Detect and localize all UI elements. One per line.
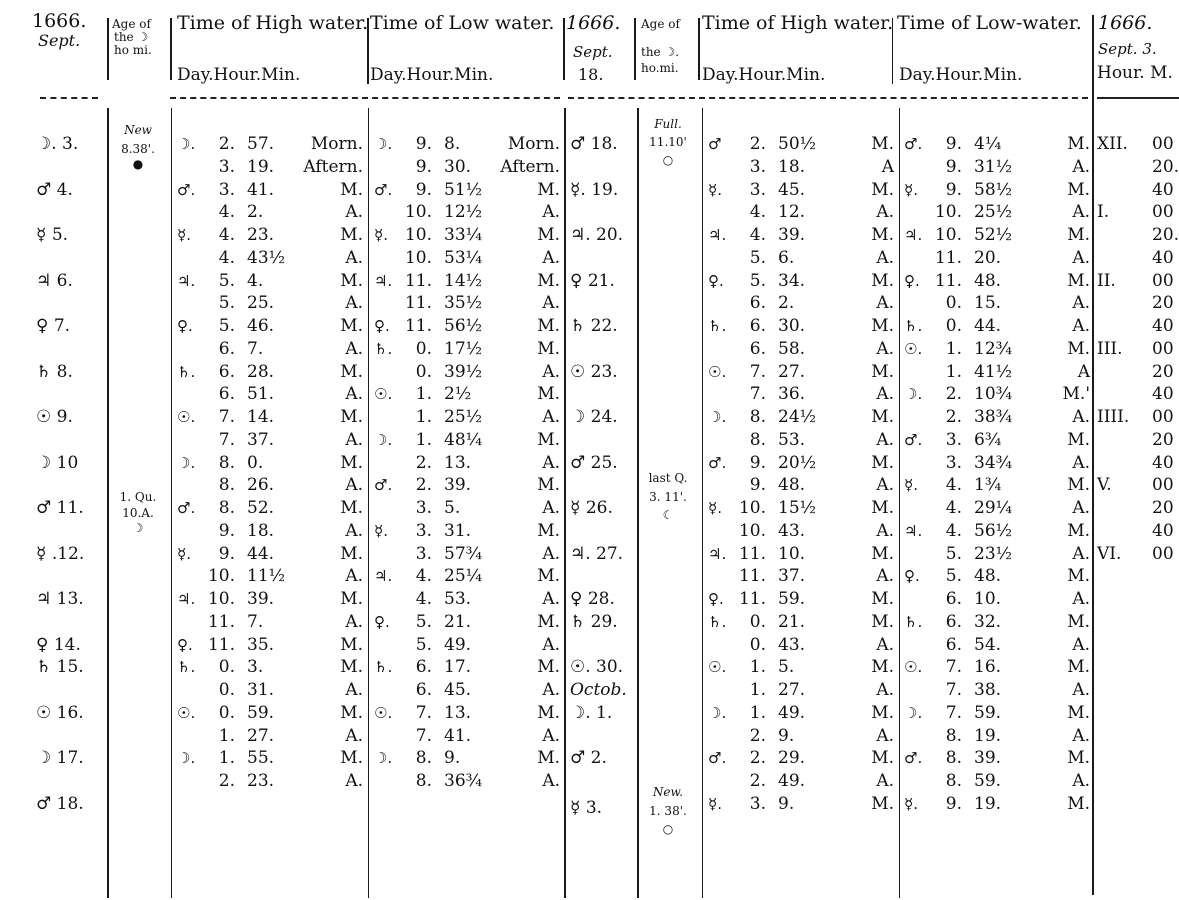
left-high-water-minute: 55. bbox=[247, 747, 274, 769]
right-low-water-weekday-symbol: ♀. bbox=[904, 565, 920, 587]
right-high-water-hour: 2. bbox=[734, 747, 766, 769]
right-high-water-weekday-symbol: ♄. bbox=[708, 611, 726, 633]
left-high-water-am-pm: A. bbox=[283, 611, 363, 633]
left-high-water-hour: 7. bbox=[203, 429, 235, 451]
far-right-minute: 20. bbox=[1152, 224, 1179, 246]
right-high-water-minute: 45. bbox=[778, 179, 805, 201]
left-date-label: ☉ 9. bbox=[36, 406, 73, 428]
left-low-water-am-pm: A. bbox=[480, 406, 560, 428]
left-low-water-am-pm: Morn. bbox=[480, 133, 560, 155]
left-high-water-hour: 2. bbox=[203, 133, 235, 155]
right-high-water-hour: 0. bbox=[734, 611, 766, 633]
divider-7b bbox=[899, 108, 900, 898]
left-low-water-hour: 3. bbox=[400, 497, 432, 519]
right-low-water-hour: 9. bbox=[930, 156, 962, 178]
far-right-minute: 40 bbox=[1152, 247, 1174, 269]
right-high-water-weekday-symbol: ☉. bbox=[708, 361, 726, 383]
right-low-water-hour: 3. bbox=[930, 452, 962, 474]
left-low-water-minute: 13. bbox=[444, 702, 471, 724]
right-high-water-minute: 34. bbox=[778, 270, 805, 292]
left-high-water-weekday-symbol: ♀. bbox=[177, 634, 193, 656]
right-low-water-am-pm: M. bbox=[1010, 338, 1090, 360]
right-high-water-am-pm: M. bbox=[814, 224, 894, 246]
left-low-water-minute: 13. bbox=[444, 452, 471, 474]
right-date-label: ♂ 2. bbox=[570, 747, 630, 769]
right-low-water-hour: 0. bbox=[930, 292, 962, 314]
left-low-water-weekday-symbol: ☉. bbox=[374, 383, 392, 405]
left-low-water-am-pm: A. bbox=[480, 679, 560, 701]
left-low-water-minute: 17½ bbox=[444, 338, 482, 360]
right-low-water-hour: 7. bbox=[930, 679, 962, 701]
far-right-minute: 20 bbox=[1152, 361, 1174, 383]
left-high-water-am-pm: A. bbox=[283, 474, 363, 496]
left-date-label: ☉ 16. bbox=[36, 702, 84, 724]
right-low-water-am-pm: A. bbox=[1010, 588, 1090, 610]
left-high-water-hour: 8. bbox=[203, 497, 235, 519]
right-low-water-hour: 9. bbox=[930, 179, 962, 201]
left-high-water-am-pm: A. bbox=[283, 338, 363, 360]
left-high-water-minute: 27. bbox=[247, 725, 274, 747]
right-low-water-minute: 34¾ bbox=[974, 452, 1012, 474]
far-right-minute: 00 bbox=[1152, 133, 1174, 155]
left-low-water-minute: 56½ bbox=[444, 315, 482, 337]
right-high-water-hour: 9. bbox=[734, 474, 766, 496]
far-right-minute: 00 bbox=[1152, 201, 1174, 223]
far-right-minute: 20 bbox=[1152, 292, 1174, 314]
right-low-water-hour: 3. bbox=[930, 429, 962, 451]
right-high-water-sub: Day.Hour.Min. bbox=[702, 64, 825, 86]
right-low-water-hour: 8. bbox=[930, 747, 962, 769]
right-high-water-weekday-symbol: ♃. bbox=[708, 543, 726, 565]
right-low-water-am-pm: M. bbox=[1010, 656, 1090, 678]
left-low-water-am-pm: A. bbox=[480, 452, 560, 474]
right-low-water-am-pm: A. bbox=[1010, 315, 1090, 337]
right-low-water-am-pm: M. bbox=[1010, 270, 1090, 292]
right-low-water-weekday-symbol: ☿. bbox=[904, 793, 918, 815]
divider-5 bbox=[634, 18, 636, 80]
right-high-water-am-pm: M. bbox=[814, 588, 894, 610]
right-low-water-am-pm: A. bbox=[1010, 156, 1090, 178]
right-high-water-minute: 50½ bbox=[778, 133, 816, 155]
left-high-water-minute: 57. bbox=[247, 133, 274, 155]
left-high-water-minute: 23. bbox=[247, 224, 274, 246]
right-low-water-sub: Day.Hour.Min. bbox=[899, 64, 1022, 86]
left-high-water-am-pm: M. bbox=[283, 747, 363, 769]
left-high-water-minute: 23. bbox=[247, 770, 274, 792]
right-low-water-am-pm: M. bbox=[1010, 474, 1090, 496]
left-high-water-hour: 10. bbox=[203, 588, 235, 610]
right-high-water-minute: 58. bbox=[778, 338, 805, 360]
left-date-label: ♃ 6. bbox=[36, 270, 73, 292]
right-low-water-minute: 59. bbox=[974, 770, 1001, 792]
left-high-water-am-pm: A. bbox=[283, 679, 363, 701]
right-low-water-hour: 6. bbox=[930, 588, 962, 610]
right-low-water-minute: 32. bbox=[974, 611, 1001, 633]
divider-1b bbox=[107, 108, 109, 898]
far-right-minute: 00 bbox=[1152, 474, 1174, 496]
right-low-water-am-pm: M. bbox=[1010, 793, 1090, 815]
left-high-water-minute: 39. bbox=[247, 588, 274, 610]
right-high-water-hour: 6. bbox=[734, 315, 766, 337]
right-low-water-weekday-symbol: ☿. bbox=[904, 474, 918, 496]
divider-2 bbox=[170, 18, 172, 80]
right-high-water-am-pm: M. bbox=[814, 270, 894, 292]
far-right-minute: 20. bbox=[1152, 156, 1179, 178]
left-low-water-hour: 7. bbox=[400, 725, 432, 747]
far-right-date-header: Sept. 3. bbox=[1098, 40, 1157, 58]
right-high-water-hour: 5. bbox=[734, 270, 766, 292]
right-low-water-hour: 8. bbox=[930, 725, 962, 747]
right-high-water-minute: 18. bbox=[778, 156, 805, 178]
left-high-water-hour: 0. bbox=[203, 679, 235, 701]
right-low-water-hour: 1. bbox=[930, 361, 962, 383]
left-high-water-hour: 6. bbox=[203, 383, 235, 405]
right-moon-age: Full. bbox=[640, 117, 696, 131]
left-low-water-am-pm: M. bbox=[480, 383, 560, 405]
left-high-water-hour: 4. bbox=[203, 201, 235, 223]
right-low-water-hour: 4. bbox=[930, 520, 962, 542]
left-low-water-minute: 36¾ bbox=[444, 770, 482, 792]
left-high-water-am-pm: M. bbox=[283, 634, 363, 656]
right-low-water-weekday-symbol: ♂. bbox=[904, 429, 922, 451]
right-high-water-hour: 4. bbox=[734, 201, 766, 223]
left-high-water-am-pm: M. bbox=[283, 702, 363, 724]
left-low-water-am-pm: M. bbox=[480, 702, 560, 724]
right-low-water-weekday-symbol: ♂. bbox=[904, 133, 922, 155]
left-low-water-hour: 6. bbox=[400, 656, 432, 678]
far-right-sub-header: Hour. M. bbox=[1097, 62, 1173, 84]
right-low-water-minute: 59. bbox=[974, 702, 1001, 724]
left-low-water-minute: 8. bbox=[444, 133, 460, 155]
right-low-water-am-pm: A. bbox=[1010, 679, 1090, 701]
right-low-water-hour: 4. bbox=[930, 497, 962, 519]
left-low-water-weekday-symbol: ♂. bbox=[374, 474, 392, 496]
left-low-water-weekday-symbol: ☽. bbox=[374, 747, 392, 769]
left-low-water-am-pm: M. bbox=[480, 474, 560, 496]
right-date-label: ☉ 23. bbox=[570, 361, 630, 383]
left-low-water-hour: 4. bbox=[400, 588, 432, 610]
right-low-water-minute: 48. bbox=[974, 270, 1001, 292]
right-high-water-hour: 3. bbox=[734, 793, 766, 815]
left-month-header: Sept. bbox=[38, 30, 80, 52]
left-high-water-am-pm: M. bbox=[283, 497, 363, 519]
right-moon-age: 3. 11'. bbox=[640, 490, 696, 504]
right-moon-age: 11.10' bbox=[640, 135, 696, 149]
left-low-water-minute: 53¼ bbox=[444, 247, 482, 269]
right-high-water-minute: 49. bbox=[778, 702, 805, 724]
left-low-water-minute: 25½ bbox=[444, 406, 482, 428]
right-age-header-3: ho.mi. bbox=[641, 62, 679, 75]
left-high-water-am-pm: A. bbox=[283, 725, 363, 747]
left-high-water-am-pm: M. bbox=[283, 179, 363, 201]
right-low-water-minute: 58½ bbox=[974, 179, 1012, 201]
right-low-water-minute: 52½ bbox=[974, 224, 1012, 246]
right-high-water-hour: 7. bbox=[734, 361, 766, 383]
right-low-water-weekday-symbol: ☉. bbox=[904, 656, 922, 678]
right-low-water-minute: 41½ bbox=[974, 361, 1012, 383]
right-high-water-minute: 43. bbox=[778, 520, 805, 542]
right-high-water-hour: 5. bbox=[734, 247, 766, 269]
right-low-water-am-pm: A. bbox=[1010, 452, 1090, 474]
right-high-water-minute: 6. bbox=[778, 247, 794, 269]
left-high-water-minute: 51. bbox=[247, 383, 274, 405]
left-low-water-hour: 0. bbox=[400, 361, 432, 383]
left-high-water-weekday-symbol: ♄. bbox=[177, 361, 195, 383]
far-right-minute: 00 bbox=[1152, 543, 1174, 565]
left-low-water-weekday-symbol: ♀. bbox=[374, 611, 390, 633]
right-moon-age: last Q. bbox=[640, 471, 696, 485]
right-low-water-minute: 54. bbox=[974, 634, 1001, 656]
right-moon-age: ☾ bbox=[640, 508, 696, 522]
left-low-water-am-pm: M. bbox=[480, 747, 560, 769]
left-low-water-am-pm: A. bbox=[480, 361, 560, 383]
right-date-label: ♃. 27. bbox=[570, 543, 630, 565]
right-low-water-weekday-symbol: ♄. bbox=[904, 315, 922, 337]
left-high-water-hour: 6. bbox=[203, 361, 235, 383]
right-high-water-minute: 5. bbox=[778, 656, 794, 678]
left-high-water-weekday-symbol: ♃. bbox=[177, 588, 195, 610]
left-low-water-hour: 5. bbox=[400, 634, 432, 656]
right-age-header-2: the ☽. bbox=[641, 46, 679, 59]
right-high-water-weekday-symbol: ♀. bbox=[708, 588, 724, 610]
right-high-water-weekday-symbol: ☿. bbox=[708, 793, 722, 815]
far-right-minute: 20 bbox=[1152, 497, 1174, 519]
divider-2b bbox=[171, 108, 172, 898]
right-low-water-weekday-symbol: ♃. bbox=[904, 520, 922, 542]
right-high-water-minute: 2. bbox=[778, 292, 794, 314]
left-high-water-am-pm: A. bbox=[283, 770, 363, 792]
right-high-water-minute: 49. bbox=[778, 770, 805, 792]
divider-4 bbox=[563, 18, 565, 80]
left-low-water-hour: 9. bbox=[400, 156, 432, 178]
right-high-water-hour: 11. bbox=[734, 543, 766, 565]
far-right-hour: VI. bbox=[1097, 543, 1121, 565]
right-low-water-am-pm: A. bbox=[1010, 497, 1090, 519]
left-high-water-weekday-symbol: ☿. bbox=[177, 543, 191, 565]
left-low-water-am-pm: A. bbox=[480, 201, 560, 223]
right-high-water-am-pm: A. bbox=[814, 634, 894, 656]
left-low-water-weekday-symbol: ☿. bbox=[374, 520, 388, 542]
left-low-water-weekday-symbol: ☽. bbox=[374, 429, 392, 451]
right-high-water-minute: 36. bbox=[778, 383, 805, 405]
left-high-water-am-pm: M. bbox=[283, 588, 363, 610]
left-low-water-hour: 1. bbox=[400, 383, 432, 405]
right-date-label: ☉. 30. bbox=[570, 656, 630, 678]
right-high-water-minute: 10. bbox=[778, 543, 805, 565]
right-high-water-hour: 2. bbox=[734, 133, 766, 155]
right-high-water-hour: 9. bbox=[734, 452, 766, 474]
left-low-water-weekday-symbol: ♃. bbox=[374, 270, 392, 292]
header-rule-left bbox=[40, 97, 98, 99]
left-high-water-hour: 4. bbox=[203, 224, 235, 246]
right-low-water-hour: 2. bbox=[930, 406, 962, 428]
left-low-water-am-pm: A. bbox=[480, 588, 560, 610]
left-date-label: ☽. 3. bbox=[36, 133, 78, 155]
right-high-water-weekday-symbol: ♄. bbox=[708, 315, 726, 337]
right-low-water-weekday-symbol: ☽. bbox=[904, 383, 922, 405]
left-low-water-am-pm: M. bbox=[480, 611, 560, 633]
right-low-water-minute: 31½ bbox=[974, 156, 1012, 178]
far-right-minute: 00 bbox=[1152, 338, 1174, 360]
left-low-water-weekday-symbol: ☿. bbox=[374, 224, 388, 246]
left-low-water-hour: 8. bbox=[400, 770, 432, 792]
left-low-water-minute: 21. bbox=[444, 611, 471, 633]
right-low-water-minute: 38. bbox=[974, 679, 1001, 701]
divider-7 bbox=[892, 18, 893, 84]
right-low-water-hour: 11. bbox=[930, 270, 962, 292]
divider-1 bbox=[107, 18, 109, 80]
left-low-water-minute: 5. bbox=[444, 497, 460, 519]
left-low-water-minute: 39½ bbox=[444, 361, 482, 383]
right-high-water-minute: 12. bbox=[778, 201, 805, 223]
left-date-label: ♄ 15. bbox=[36, 656, 84, 678]
right-low-water-am-pm: A bbox=[1010, 361, 1090, 383]
left-high-water-am-pm: A. bbox=[283, 383, 363, 405]
right-low-water-minute: 16. bbox=[974, 656, 1001, 678]
left-low-water-hour: 11. bbox=[400, 315, 432, 337]
left-high-water-hour: 8. bbox=[203, 452, 235, 474]
right-date-label: ♀ 21. bbox=[570, 270, 630, 292]
left-high-water-am-pm: M. bbox=[283, 361, 363, 383]
right-low-water-weekday-symbol: ☿. bbox=[904, 179, 918, 201]
left-low-water-am-pm: M. bbox=[480, 224, 560, 246]
left-low-water-hour: 9. bbox=[400, 179, 432, 201]
right-low-water-minute: 25½ bbox=[974, 201, 1012, 223]
right-low-water-hour: 7. bbox=[930, 702, 962, 724]
right-high-water-am-pm: A. bbox=[814, 770, 894, 792]
left-date-label: ♄ 8. bbox=[36, 361, 73, 383]
left-low-water-hour: 8. bbox=[400, 747, 432, 769]
left-high-water-am-pm: M. bbox=[283, 406, 363, 428]
left-high-water-hour: 4. bbox=[203, 247, 235, 269]
right-high-water-minute: 9. bbox=[778, 725, 794, 747]
right-high-water-minute: 24½ bbox=[778, 406, 816, 428]
left-high-water-hour: 8. bbox=[203, 474, 235, 496]
left-high-water-weekday-symbol: ☉. bbox=[177, 406, 195, 428]
left-low-water-am-pm: M. bbox=[480, 656, 560, 678]
right-high-water-weekday-symbol: ☉. bbox=[708, 656, 726, 678]
right-high-water-am-pm: A. bbox=[814, 292, 894, 314]
left-low-water-minute: 41. bbox=[444, 725, 471, 747]
far-right-minute: 40 bbox=[1152, 383, 1174, 405]
right-age-header-1: Age of bbox=[641, 18, 680, 31]
left-high-water-am-pm: M. bbox=[283, 452, 363, 474]
right-low-water-hour: 6. bbox=[930, 611, 962, 633]
right-high-water-hour: 10. bbox=[734, 520, 766, 542]
right-high-water-weekday-symbol: ♂. bbox=[708, 452, 726, 474]
left-high-water-minute: 14. bbox=[247, 406, 274, 428]
right-moon-age: ○ bbox=[640, 153, 696, 167]
left-moon-age: ● bbox=[110, 157, 166, 171]
left-high-water-minute: 28. bbox=[247, 361, 274, 383]
right-high-water-minute: 27. bbox=[778, 679, 805, 701]
right-high-water-am-pm: M. bbox=[814, 543, 894, 565]
left-high-water-hour: 5. bbox=[203, 315, 235, 337]
right-low-water-hour: 4. bbox=[930, 474, 962, 496]
right-high-water-minute: 29. bbox=[778, 747, 805, 769]
left-high-water-minute: 52. bbox=[247, 497, 274, 519]
right-low-water-hour: 11. bbox=[930, 247, 962, 269]
left-low-water-hour: 1. bbox=[400, 429, 432, 451]
left-low-water-hour: 7. bbox=[400, 702, 432, 724]
right-low-water-hour: 5. bbox=[930, 565, 962, 587]
left-low-water-hour: 10. bbox=[400, 247, 432, 269]
left-high-water-weekday-symbol: ♀. bbox=[177, 315, 193, 337]
left-high-water-hour: 2. bbox=[203, 770, 235, 792]
right-high-water-am-pm: M. bbox=[814, 361, 894, 383]
left-high-water-weekday-symbol: ☽. bbox=[177, 133, 195, 155]
left-low-water-am-pm: A. bbox=[480, 292, 560, 314]
far-right-hour: III. bbox=[1097, 338, 1123, 360]
right-low-water-hour: 1. bbox=[930, 338, 962, 360]
left-high-water-minute: 44. bbox=[247, 543, 274, 565]
left-low-water-am-pm: Aftern. bbox=[480, 156, 560, 178]
left-low-water-hour: 3. bbox=[400, 543, 432, 565]
left-high-water-minute: 7. bbox=[247, 611, 263, 633]
left-low-water-am-pm: M. bbox=[480, 338, 560, 360]
far-right-minute: 00 bbox=[1152, 406, 1174, 428]
right-high-water-am-pm: M. bbox=[814, 747, 894, 769]
right-low-water-minute: 29¼ bbox=[974, 497, 1012, 519]
right-high-water-am-pm: A. bbox=[814, 474, 894, 496]
left-low-water-sub: Day.Hour.Min. bbox=[370, 64, 493, 86]
left-high-water-am-pm: M. bbox=[283, 543, 363, 565]
right-low-water-minute: 44. bbox=[974, 315, 1001, 337]
right-low-water-minute: 1¾ bbox=[974, 474, 1001, 496]
left-high-water-am-pm: M. bbox=[283, 315, 363, 337]
right-low-water-am-pm: A. bbox=[1010, 725, 1090, 747]
left-high-water-hour: 5. bbox=[203, 292, 235, 314]
left-high-water-am-pm: M. bbox=[283, 270, 363, 292]
right-low-water-am-pm: A. bbox=[1010, 406, 1090, 428]
right-date-label: ☽ 24. bbox=[570, 406, 630, 428]
far-right-minute: 40 bbox=[1152, 179, 1174, 201]
far-right-minute: 40 bbox=[1152, 315, 1174, 337]
right-high-water-hour: 0. bbox=[734, 634, 766, 656]
right-low-water-minute: 38¾ bbox=[974, 406, 1012, 428]
left-moon-age: 10.A. bbox=[110, 506, 166, 520]
right-low-water-am-pm: M. bbox=[1010, 702, 1090, 724]
right-high-water-hour: 3. bbox=[734, 179, 766, 201]
right-low-water-minute: 39. bbox=[974, 747, 1001, 769]
right-high-water-hour: 8. bbox=[734, 429, 766, 451]
left-low-water-hour: 2. bbox=[400, 452, 432, 474]
left-high-water-weekday-symbol: ♂. bbox=[177, 497, 195, 519]
left-high-water-weekday-symbol: ☽. bbox=[177, 747, 195, 769]
right-date-label: ☿ 26. bbox=[570, 497, 630, 519]
left-high-water-minute: 2. bbox=[247, 201, 263, 223]
left-high-water-hour: 9. bbox=[203, 520, 235, 542]
right-moon-age: New. bbox=[640, 785, 696, 799]
right-high-water-minute: 27. bbox=[778, 361, 805, 383]
right-low-water-minute: 56½ bbox=[974, 520, 1012, 542]
right-high-water-weekday-symbol: ♃. bbox=[708, 224, 726, 246]
left-date-label: ☿ .12. bbox=[36, 543, 84, 565]
left-low-water-hour: 6. bbox=[400, 679, 432, 701]
left-date-label: ☽ 17. bbox=[36, 747, 84, 769]
left-high-water-minute: 35. bbox=[247, 634, 274, 656]
right-high-water-am-pm: M. bbox=[814, 611, 894, 633]
right-low-water-minute: 48. bbox=[974, 565, 1001, 587]
right-high-water-am-pm: A. bbox=[814, 679, 894, 701]
left-low-water-am-pm: A. bbox=[480, 247, 560, 269]
right-low-water-hour: 9. bbox=[930, 793, 962, 815]
left-moon-age: 8.38'. bbox=[110, 142, 166, 156]
right-low-water-am-pm: M. bbox=[1010, 429, 1090, 451]
right-high-water-hour: 4. bbox=[734, 224, 766, 246]
right-high-water-weekday-symbol: ☿. bbox=[708, 497, 722, 519]
right-high-water-am-pm: A. bbox=[814, 201, 894, 223]
